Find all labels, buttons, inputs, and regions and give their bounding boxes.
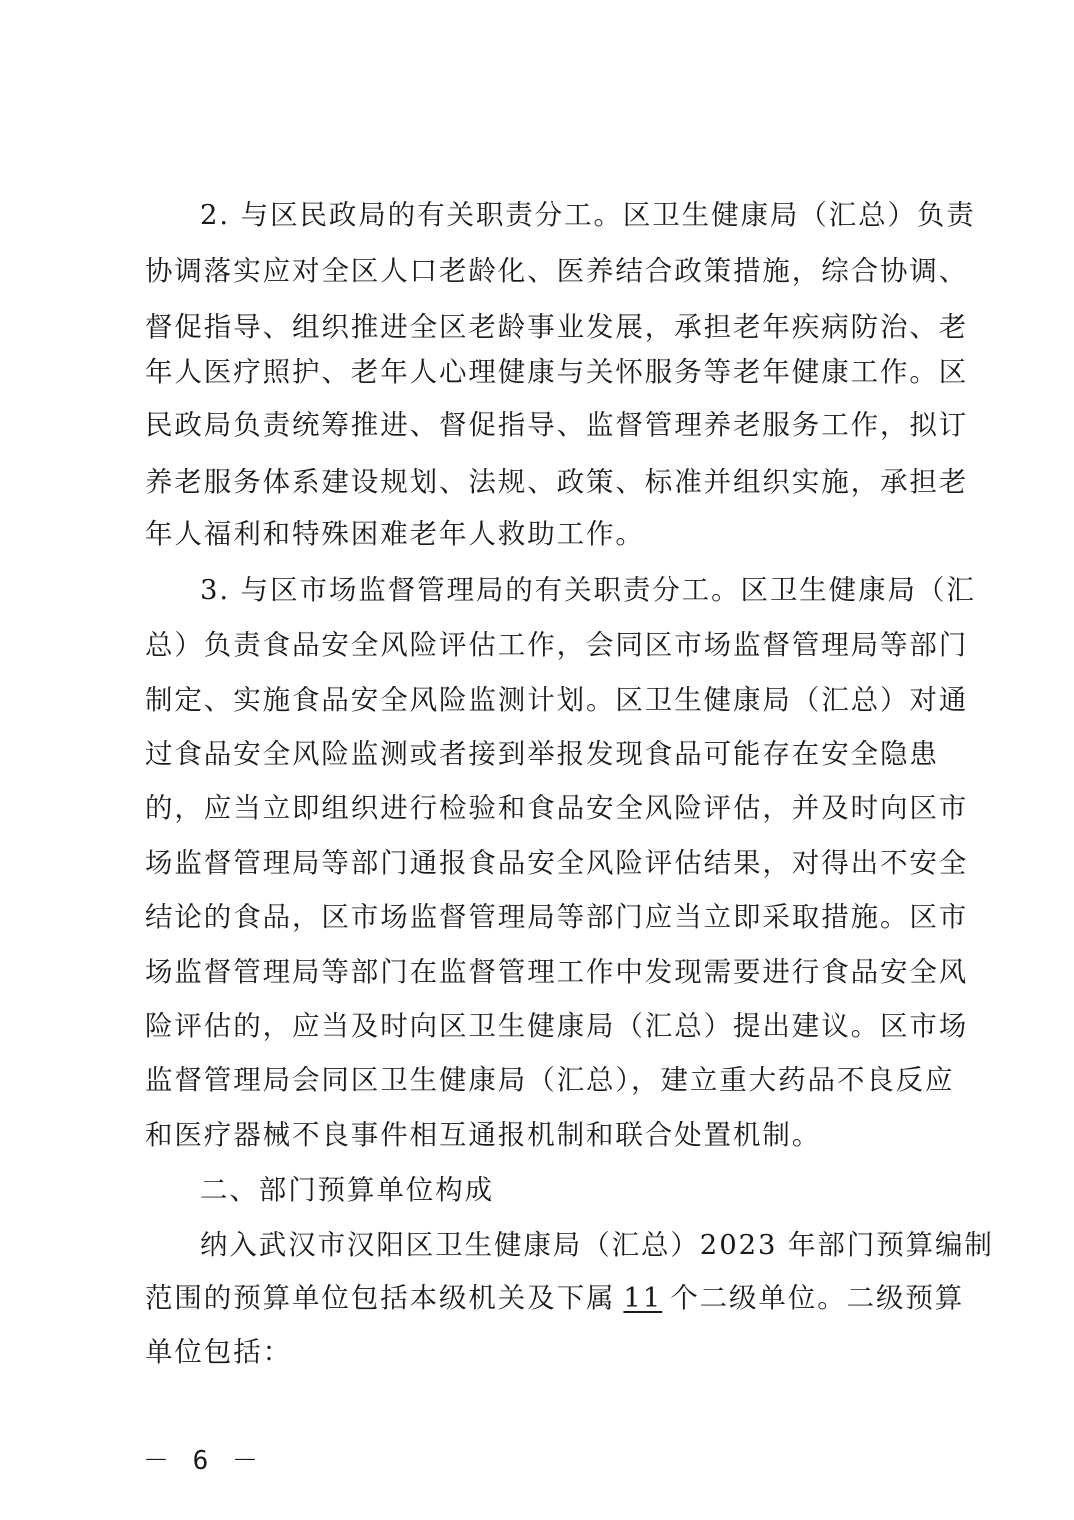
text-span: 范围的预算单位包括本级机关及下属 [145, 1282, 615, 1314]
text-line: 制定、实施食品安全风险监测计划。区卫生健康局（汇总）对通 [145, 680, 945, 720]
text-line: 结论的食品，区市场监督管理局等部门应当立即采取措施。区市 [145, 897, 945, 937]
text-line: 督促指导、组织推进全区老龄事业发展，承担老年疾病防治、老 [145, 307, 945, 347]
unit-count: 11 [615, 1282, 670, 1314]
text-line: 养老服务体系建设规划、法规、政策、标准并组织实施，承担老 [145, 462, 945, 502]
text-line: 民政局负责统筹推进、督促指导、监督管理养老服务工作，拟订 [145, 405, 945, 445]
text-line: 年人福利和特殊困难老年人救助工作。 [145, 514, 945, 554]
text-line: 3. 与区市场监督管理局的有关职责分工。区卫生健康局（汇 [200, 570, 945, 610]
text-line: 年人医疗照护、老年人心理健康与关怀服务等老年健康工作。区 [145, 352, 945, 392]
text-line: 纳入武汉市汉阳区卫生健康局（汇总）2023 年部门预算编制 [200, 1225, 945, 1265]
text-line-unit-count: 范围的预算单位包括本级机关及下属11个二级单位。二级预算 [145, 1278, 945, 1318]
text-line: 2. 与区民政局的有关职责分工。区卫生健康局（汇总）负责 [200, 195, 945, 235]
text-line: 的，应当立即组织进行检验和食品安全风险评估，并及时向区市 [145, 788, 945, 828]
text-line: 过食品安全风险监测或者接到举报发现食品可能存在安全隐患 [145, 734, 945, 774]
text-line: 二、部门预算单位构成 [200, 1170, 945, 1210]
text-line: 协调落实应对全区人口老龄化、医养结合政策措施，综合协调、 [145, 251, 945, 291]
text-line: 险评估的，应当及时向区卫生健康局（汇总）提出建议。区市场 [145, 1006, 945, 1046]
text-line: 场监督管理局等部门通报食品安全风险评估结果，对得出不安全 [145, 843, 945, 883]
document-page: 2. 与区民政局的有关职责分工。区卫生健康局（汇总）负责协调落实应对全区人口老龄… [0, 0, 1074, 1520]
text-line-final: 单位包括： [145, 1332, 945, 1372]
text-span: 个二级单位。二级预算 [670, 1282, 964, 1314]
text-line: 监督管理局会同区卫生健康局（汇总），建立重大药品不良反应 [145, 1060, 945, 1100]
page-number: － 6 － [143, 1440, 262, 1477]
text-line: 总）负责食品安全风险评估工作，会同区市场监督管理局等部门 [145, 625, 945, 665]
text-line: 场监督管理局等部门在监督管理工作中发现需要进行食品安全风 [145, 952, 945, 992]
text-line: 和医疗器械不良事件相互通报机制和联合处置机制。 [145, 1115, 945, 1155]
